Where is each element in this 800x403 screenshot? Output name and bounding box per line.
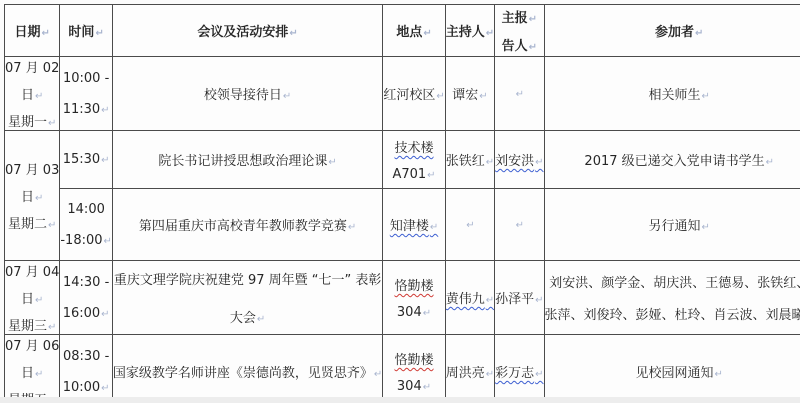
table-row: 07 月 02 日↵ 星期一↵ 10:00 - 11:30↵ 校领导接待日↵ 红…: [5, 57, 800, 131]
cell-date: 07 月 02 日↵ 星期一↵: [5, 57, 60, 131]
cell-location: 恪勤楼 304↵: [383, 261, 445, 335]
formatting-mark: ↵: [702, 222, 710, 233]
header-participants: 参加者↵: [544, 5, 800, 57]
formatting-mark: ↵: [35, 295, 43, 306]
header-activity: 会议及活动安排↵: [112, 5, 382, 57]
header-date: 日期↵: [5, 5, 60, 57]
cell-activity: 国家级教学名师讲座《崇德尚教，见贤思齐》↵: [112, 335, 382, 403]
formatting-mark: ↵: [328, 157, 336, 168]
header-host: 主持人↵: [445, 5, 494, 57]
formatting-mark: ↵: [423, 28, 431, 39]
schedule-table: 日期↵ 时间↵ 会议及活动安排↵ 地点↵ 主持人↵ 主报↵告人↵ 参加者↵ 07…: [4, 4, 800, 403]
table-row: 07 月 06 日↵ 星期五↵ 08:30 - 10:00↵ 国家级教学名师讲座…: [5, 335, 800, 403]
header-location-label: 地点↵: [396, 21, 431, 40]
header-time: 时间↵: [60, 5, 113, 57]
formatting-mark: ↵: [101, 383, 109, 394]
formatting-mark: ↵: [486, 369, 494, 380]
formatting-mark: ↵: [101, 155, 109, 166]
formatting-mark: ↵: [423, 308, 431, 319]
formatting-mark: ↵: [535, 369, 543, 380]
cell-date: 07 月 03 日↵ 星期二↵: [5, 131, 60, 261]
header-row: 日期↵ 时间↵ 会议及活动安排↵ 地点↵ 主持人↵ 主报↵告人↵ 参加者↵: [5, 5, 800, 57]
formatting-mark: ↵: [35, 193, 43, 204]
formatting-mark: ↵: [715, 369, 723, 380]
table-row: 07 月 04 日↵ 星期三↵ 14:30 - 16:00↵ 重庆文理学院庆祝建…: [5, 261, 800, 335]
formatting-mark: ↵: [695, 28, 703, 39]
header-time-label: 时间↵: [68, 21, 103, 40]
cell-time: 08:30 - 10:00↵: [60, 335, 113, 403]
header-participants-label: 参加者↵: [655, 21, 703, 40]
formatting-mark: ↵: [423, 382, 431, 393]
cell-reporter: 孙泽平↵: [495, 261, 544, 335]
formatting-mark: ↵: [101, 105, 109, 116]
formatting-mark: ↵: [766, 157, 774, 168]
header-date-label: 日期↵: [14, 21, 49, 40]
formatting-mark: ↵: [702, 91, 710, 102]
formatting-mark: ↵: [486, 157, 494, 168]
cell-reporter: ↵: [495, 57, 544, 131]
cell-reporter: 彩万志↵: [495, 335, 544, 403]
cell-participants: 相关师生↵: [544, 57, 800, 131]
table-row: 14:00 -18:00↵ 第四届重庆市高校青年教师教学竞赛↵ 知津楼↵ ↵ ↵…: [5, 189, 800, 261]
formatting-mark: ↵: [529, 42, 537, 53]
cell-location: 恪勤楼 304↵: [383, 335, 445, 403]
header-reporter-label-1: 主报↵: [502, 7, 537, 26]
formatting-mark: ↵: [374, 369, 382, 380]
formatting-mark: ↵: [283, 91, 291, 102]
cell-participants: 刘安洪、颜学金、胡庆洪、王德易、张铁红、 张萍、刘俊玲、彭娅、杜玲、肖云波、刘晨…: [544, 261, 800, 335]
formatting-mark: ↵: [257, 314, 265, 325]
formatting-mark: ↵: [516, 220, 524, 231]
formatting-mark: ↵: [535, 157, 543, 168]
formatting-mark: ↵: [95, 28, 103, 39]
formatting-mark: ↵: [430, 222, 438, 233]
formatting-mark: ↵: [436, 91, 444, 102]
header-location: 地点↵: [383, 5, 445, 57]
cell-host: 周洪亮↵: [445, 335, 494, 403]
formatting-mark: ↵: [348, 222, 356, 233]
formatting-mark: ↵: [427, 170, 435, 181]
formatting-mark: ↵: [48, 322, 56, 333]
header-reporter: 主报↵告人↵: [495, 5, 544, 57]
formatting-mark: ↵: [529, 14, 537, 25]
cell-date: 07 月 06 日↵ 星期五↵: [5, 335, 60, 403]
formatting-mark: ↵: [101, 309, 109, 320]
formatting-mark: ↵: [48, 118, 56, 129]
formatting-mark: ↵: [479, 91, 487, 102]
cell-location: 红河校区↵: [383, 57, 445, 131]
cell-location: 技术楼 A701↵: [383, 131, 445, 189]
cell-participants: 见校园网通知↵: [544, 335, 800, 403]
formatting-mark: ↵: [486, 28, 494, 39]
cell-host: 黄伟九↵: [445, 261, 494, 335]
cell-time: 14:30 - 16:00↵: [60, 261, 113, 335]
cell-activity: 第四届重庆市高校青年教师教学竞赛↵: [112, 189, 382, 261]
cell-reporter: 刘安洪↵: [495, 131, 544, 189]
formatting-mark: ↵: [466, 220, 474, 231]
cell-activity: 重庆文理学院庆祝建党 97 周年暨 “七一” 表彰 大会↵: [112, 261, 382, 335]
formatting-mark: ↵: [104, 236, 112, 247]
formatting-mark: ↵: [35, 91, 43, 102]
page-edge: [0, 397, 800, 403]
formatting-mark: ↵: [516, 89, 524, 100]
cell-participants: 2017 级已递交入党申请书学生↵: [544, 131, 800, 189]
formatting-mark: ↵: [289, 28, 297, 39]
cell-activity: 校领导接待日↵: [112, 57, 382, 131]
cell-activity: 院长书记讲授思想政治理论课↵: [112, 131, 382, 189]
cell-host: 张铁红↵: [445, 131, 494, 189]
formatting-mark: ↵: [535, 295, 543, 306]
cell-location: 知津楼↵: [383, 189, 445, 261]
header-host-label: 主持人↵: [446, 21, 494, 40]
cell-host: ↵: [445, 189, 494, 261]
cell-participants: 另行通知↵: [544, 189, 800, 261]
formatting-mark: ↵: [35, 369, 43, 380]
formatting-mark: ↵: [48, 220, 56, 231]
cell-reporter: ↵: [495, 189, 544, 261]
cell-time: 15:30↵: [60, 131, 113, 189]
cell-date: 07 月 04 日↵ 星期三↵: [5, 261, 60, 335]
cell-time: 14:00 -18:00↵: [60, 189, 113, 261]
header-activity-label: 会议及活动安排↵: [197, 21, 297, 40]
formatting-mark: ↵: [41, 28, 49, 39]
cell-time: 10:00 - 11:30↵: [60, 57, 113, 131]
formatting-mark: ↵: [486, 295, 494, 306]
cell-host: 谭宏↵: [445, 57, 494, 131]
header-reporter-label-2: 告人↵: [502, 35, 537, 54]
table-row: 07 月 03 日↵ 星期二↵ 15:30↵ 院长书记讲授思想政治理论课↵ 技术…: [5, 131, 800, 189]
